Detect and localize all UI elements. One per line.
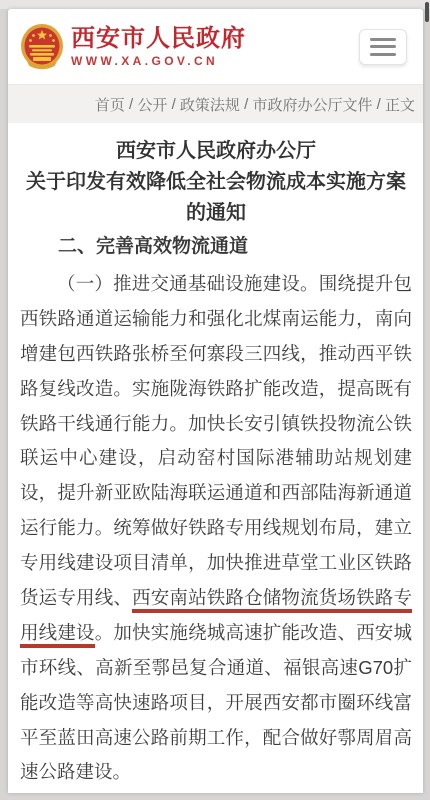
body-text-line: 能改造等高快速路项目，开展西安都市圈环线富 [20,686,412,721]
site-name: 西安市人民政府 [71,25,246,52]
breadcrumb-separator: / [167,96,180,113]
outer-background-strip [0,0,430,9]
body-text-line: 速公路建设。 [20,755,412,790]
breadcrumb-separator: / [240,96,253,113]
text-segment: 运行能力。统筹做好铁路专用线规划布局，建立 [20,517,412,538]
breadcrumb-item[interactable]: 市政府办公厅文件 [252,94,372,115]
breadcrumb-item[interactable]: 首页 [95,94,125,115]
text-segment: 速公路建设。 [20,761,131,782]
body-text-line: 市环线、高新至鄠邑复合通道、福银高速G70扩 [20,651,412,686]
hamburger-bar [370,45,396,48]
text-segment: 铁路干线通行能力。加快长安引镇铁投物流公铁 [20,413,412,434]
breadcrumb-item: 正文 [385,94,415,115]
article-body: （一）推进交通基础设施建设。围绕提升包西铁路通道运输能力和强化北煤南运能力，南向… [20,267,412,790]
body-text-line: 设，提升新亚欧陆海联运通道和西部陆海新通道 [20,476,412,511]
national-emblem-icon [20,23,64,71]
text-segment: 联运中心建设，启动窑村国际港辅助站规划建 [20,447,412,468]
body-text-line: （一）推进交通基础设施建设。围绕提升包 [20,267,412,302]
text-segment: 市环线、高新至鄠邑复合通道、福银高速G70扩 [20,657,412,678]
text-segment: 设，提升新亚欧陆海联运通道和西部陆海新通道 [20,482,412,503]
red-underlined-text: 用线建设 [20,622,95,648]
body-text-line: 西铁路通道运输能力和强化北煤南运能力，南向 [20,302,412,337]
text-segment: 货运专用线、 [20,587,132,608]
text-segment: 专用线建设项目清单，加快推进草堂工业区铁路 [20,552,412,573]
hamburger-menu-button[interactable] [359,29,407,65]
body-text-line: 联运中心建设，启动窑村国际港辅助站规划建 [20,441,412,476]
text-segment: 增建包西铁路张桥至何寨段三四线，推动西平铁 [20,343,412,364]
text-segment: 能改造等高快速路项目，开展西安都市圈环线富 [20,692,412,713]
scrollbar-thumb[interactable] [425,2,429,22]
breadcrumb: 首页 / 公开 / 政策法规 / 市政府办公厅文件 / 正文 [8,84,423,123]
body-text-line: 货运专用线、西安南站铁路仓储物流货场铁路专 [20,581,412,616]
page-card: 西安市人民政府 WWW.XA.GOV.CN 首页 / 公开 / 政策法规 / 市… [8,9,423,793]
hamburger-bar [370,38,396,41]
body-text-line: 铁路干线通行能力。加快长安引镇铁投物流公铁 [20,407,412,442]
section-heading: 二、完善高效物流通道 [20,232,412,262]
breadcrumb-item[interactable]: 公开 [137,94,167,115]
text-segment: 路复线改造。实施陇海铁路扩能改造，提高既有 [20,378,412,399]
site-url: WWW.XA.GOV.CN [71,54,246,68]
breadcrumb-separator: / [372,96,385,113]
article-title-line: 西安市人民政府办公厅 [20,136,412,167]
body-text-line: 平至蓝田高速公路前期工作，配合做好鄠周眉高 [20,721,412,756]
body-text-line: 增建包西铁路张桥至何寨段三四线，推动西平铁 [20,337,412,372]
article-title: 西安市人民政府办公厅关于印发有效降低全社会物流成本实施方案的通知 [20,136,412,229]
text-segment: 平至蓝田高速公路前期工作，配合做好鄠周眉高 [20,727,412,748]
article: 西安市人民政府办公厅关于印发有效降低全社会物流成本实施方案的通知 二、完善高效物… [8,123,423,790]
hamburger-bar [370,53,396,56]
site-brand: 西安市人民政府 WWW.XA.GOV.CN [71,25,246,68]
text-segment: （一）推进交通基础设施建设。围绕提升包 [57,273,412,294]
text-segment: 西铁路通道运输能力和强化北煤南运能力，南向 [20,308,412,329]
body-text-line: 专用线建设项目清单，加快推进草堂工业区铁路 [20,546,412,581]
article-title-line: 关于印发有效降低全社会物流成本实施方案 [20,167,412,198]
site-header: 西安市人民政府 WWW.XA.GOV.CN [8,9,423,84]
breadcrumb-item[interactable]: 政策法规 [180,94,240,115]
body-text-line: 运行能力。统筹做好铁路专用线规划布局，建立 [20,511,412,546]
text-segment: 。加快实施绕城高速扩能改造、西安城 [95,622,412,643]
breadcrumb-separator: / [125,96,138,113]
site-logo[interactable]: 西安市人民政府 WWW.XA.GOV.CN [20,23,246,71]
red-underlined-text: 西安南站铁路仓储物流货场铁路专 [132,587,412,613]
body-text-line: 用线建设。加快实施绕城高速扩能改造、西安城 [20,616,412,651]
article-title-line: 的通知 [20,198,412,229]
body-text-line: 路复线改造。实施陇海铁路扩能改造，提高既有 [20,372,412,407]
